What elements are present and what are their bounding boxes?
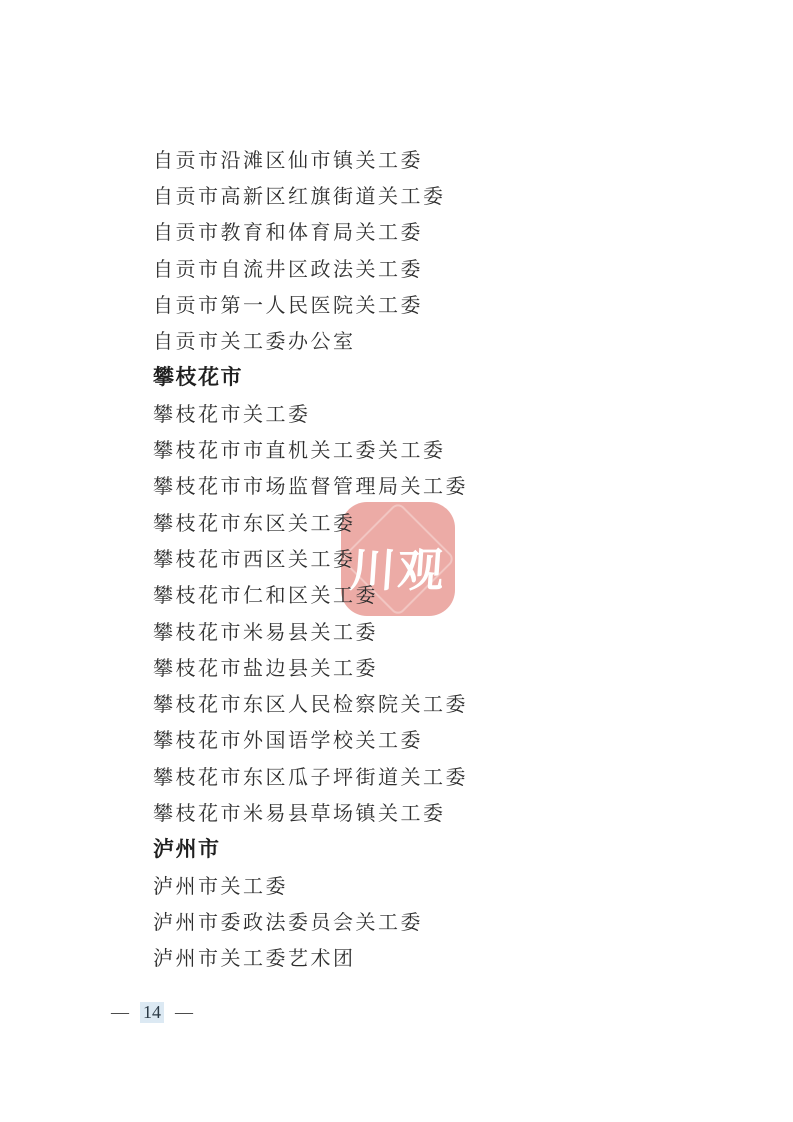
list-item: 攀枝花市东区人民检察院关工委 — [153, 684, 468, 720]
list-item: 攀枝花市米易县关工委 — [153, 612, 468, 648]
section-header-panzhihua: 攀枝花市 — [153, 358, 468, 394]
org-list: 自贡市沿滩区仙市镇关工委 自贡市高新区红旗街道关工委 自贡市教育和体育局关工委 … — [153, 140, 468, 975]
list-item: 攀枝花市东区关工委 — [153, 503, 468, 539]
list-item: 攀枝花市市场监督管理局关工委 — [153, 467, 468, 503]
list-item: 攀枝花市关工委 — [153, 394, 468, 430]
page-footer: — 14 — — [111, 1002, 193, 1023]
list-item: 攀枝花市西区关工委 — [153, 539, 468, 575]
list-item: 攀枝花市市直机关工委关工委 — [153, 430, 468, 466]
list-item: 泸州市关工委 — [153, 866, 468, 902]
list-item: 攀枝花市仁和区关工委 — [153, 576, 468, 612]
list-item: 自贡市关工委办公室 — [153, 321, 468, 357]
list-item: 自贡市高新区红旗街道关工委 — [153, 176, 468, 212]
list-item: 自贡市第一人民医院关工委 — [153, 285, 468, 321]
footer-dash-left: — — [111, 1002, 129, 1023]
footer-dash-right: — — [175, 1002, 193, 1023]
page-number: 14 — [140, 1002, 164, 1023]
list-item: 泸州市关工委艺术团 — [153, 939, 468, 975]
list-item: 自贡市沿滩区仙市镇关工委 — [153, 140, 468, 176]
list-item: 自贡市教育和体育局关工委 — [153, 213, 468, 249]
list-item: 攀枝花市东区瓜子坪街道关工委 — [153, 757, 468, 793]
document-page: 川观 自贡市沿滩区仙市镇关工委 自贡市高新区红旗街道关工委 自贡市教育和体育局关… — [0, 0, 793, 1122]
list-item: 攀枝花市外国语学校关工委 — [153, 721, 468, 757]
list-item: 自贡市自流井区政法关工委 — [153, 249, 468, 285]
list-item: 攀枝花市米易县草场镇关工委 — [153, 793, 468, 829]
list-item: 泸州市委政法委员会关工委 — [153, 902, 468, 938]
section-header-luzhou: 泸州市 — [153, 830, 468, 866]
list-item: 攀枝花市盐边县关工委 — [153, 648, 468, 684]
